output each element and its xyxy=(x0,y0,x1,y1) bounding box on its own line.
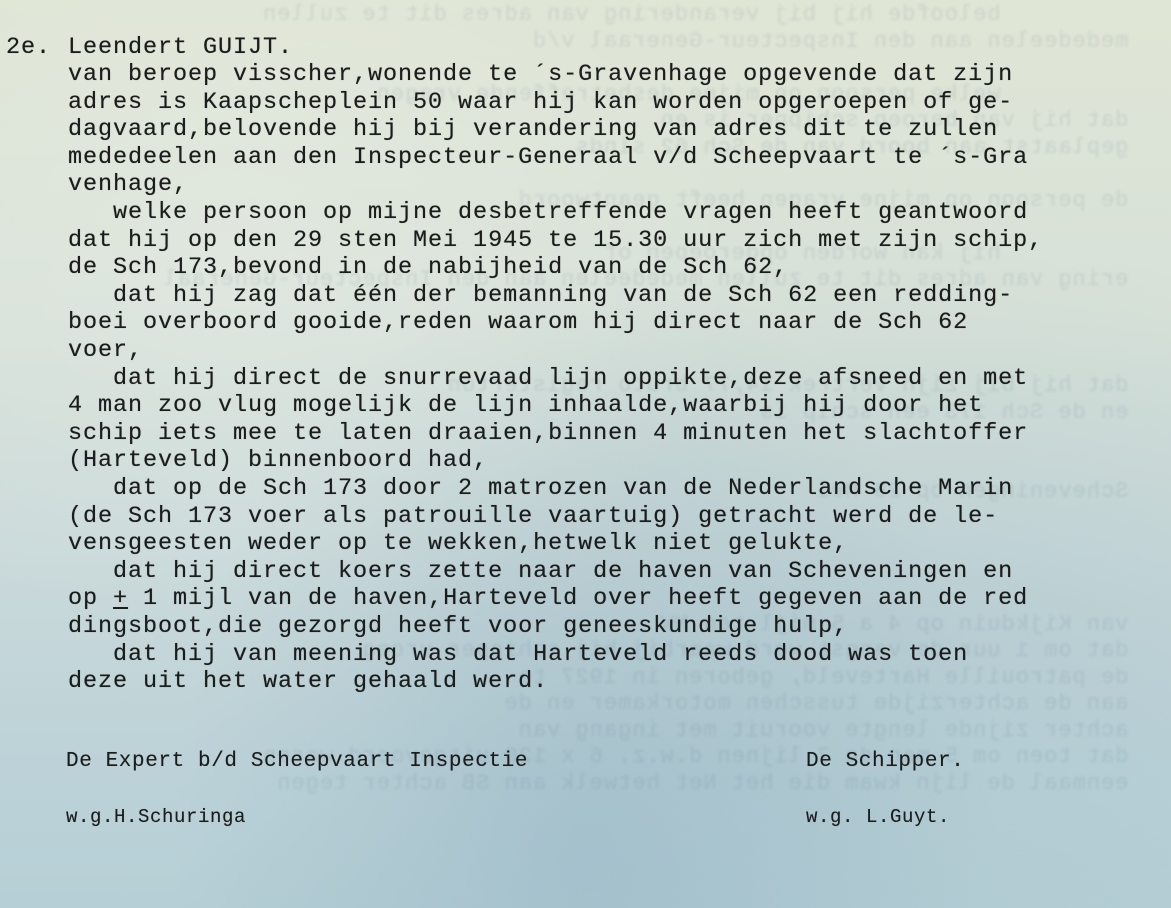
statement-line: dagvaard,belovende hij bij verandering v… xyxy=(68,118,998,142)
person-name-heading: Leendert GUIJT. xyxy=(68,36,293,60)
typewritten-document: 2e. Leendert GUIJT. van beroep visscher,… xyxy=(0,0,1171,908)
skipper-signature: w.g. L.Guyt. xyxy=(806,808,950,827)
statement-line: (Harteveld) binnenboord had, xyxy=(68,449,488,473)
statement-line: dat hij direct de snurrevaad lijn oppikt… xyxy=(68,367,1028,391)
statement-line: voer, xyxy=(68,339,143,363)
statement-line: 4 man zoo vlug mogelijk de lijn inhaalde… xyxy=(68,394,983,418)
statement-line: venhage, xyxy=(68,173,188,197)
statement-line: op + 1 mijl van de haven,Harteveld over … xyxy=(68,587,1028,611)
statement-line: dingsboot,die gezorgd heeft voor geneesk… xyxy=(68,615,848,639)
statement-line: deze uit het water gehaald werd. xyxy=(68,670,548,694)
expert-signature: w.g.H.Schuringa xyxy=(66,808,246,827)
statement-line: dat hij direct koers zette naar de haven… xyxy=(68,560,1013,584)
statement-line: dat hij zag dat één der bemanning van de… xyxy=(68,284,1013,308)
statement-line: dat hij van meening was dat Harteveld re… xyxy=(68,643,968,667)
statement-line: dat op de Sch 173 door 2 matrozen van de… xyxy=(68,477,1013,501)
statement-line: dat hij op den 29 sten Mei 1945 te 15.30… xyxy=(68,229,1043,253)
skipper-title: De Schipper. xyxy=(806,751,964,772)
statement-line: de Sch 173,bevond in de nabijheid van de… xyxy=(68,256,788,280)
statement-line: mededeelen aan den Inspecteur-Generaal v… xyxy=(68,146,1028,170)
statement-line: boei overboord gooide,reden waarom hij d… xyxy=(68,311,968,335)
statement-line: vensgeesten weder op te wekken,hetwelk n… xyxy=(68,532,848,556)
statement-line: (de Sch 173 voer als patrouille vaartuig… xyxy=(68,505,998,529)
statement-line: adres is Kaapscheplein 50 waar hij kan w… xyxy=(68,91,1013,115)
item-number: 2e. xyxy=(6,36,51,60)
statement-line: schip iets mee te laten draaien,binnen 4… xyxy=(68,422,1028,446)
expert-title: De Expert b/d Scheepvaart Inspectie xyxy=(66,751,528,772)
plus-minus-symbol: + xyxy=(113,585,128,612)
statement-line: van beroep visscher,wonende te ´s-Graven… xyxy=(68,63,1013,87)
statement-line: welke persoon op mijne desbetreffende vr… xyxy=(68,201,1028,225)
